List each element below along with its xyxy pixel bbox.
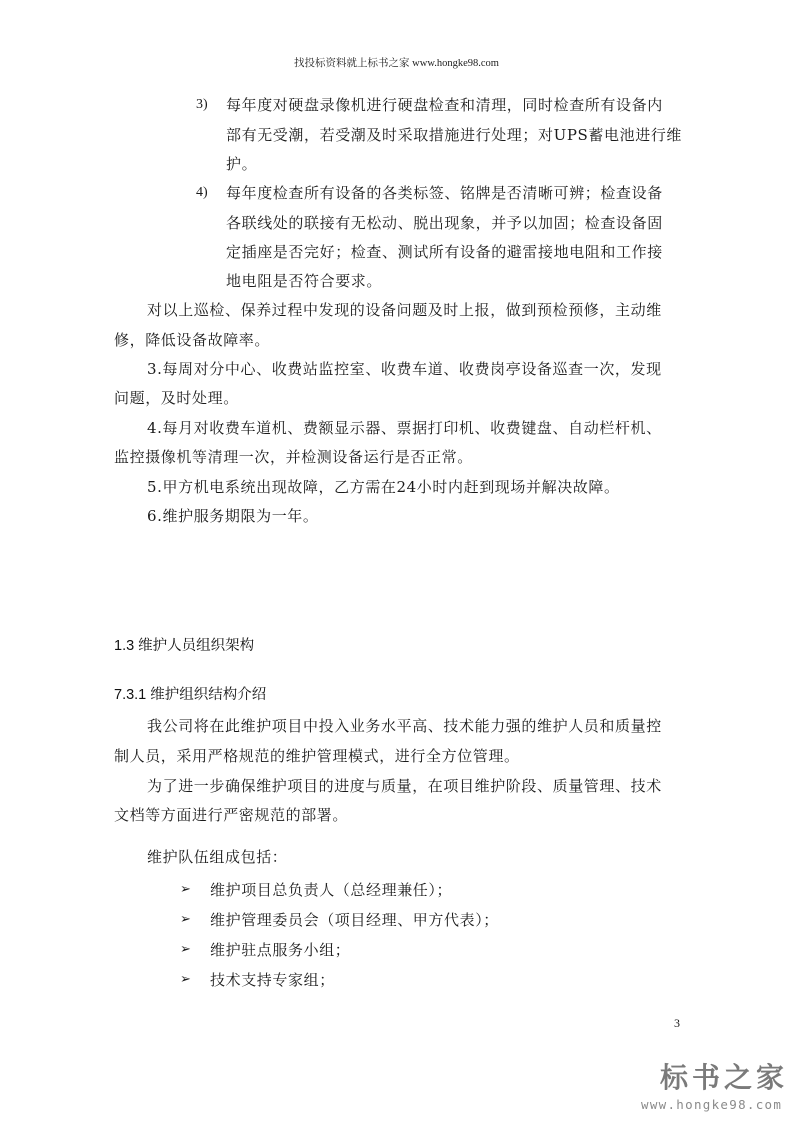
text-line: 维护队伍组成包括： [147,847,287,867]
text-line: 护。 [226,154,257,174]
watermark-url: www.hongke98.com [641,1098,782,1112]
section-heading: 1.3 维护人员组织架构 [114,636,254,656]
text-line: 3.每周对分中心、收费站监控室、收费车道、收费岗亭设备巡查一次，发现 [147,359,662,379]
text-line: 修，降低设备故障率。 [114,330,270,350]
bullet-text: 维护驻点服务小组； [210,940,350,960]
arrow-bullet-icon: ➢ [180,940,191,960]
bullet-text: 维护项目总负责人（总经理兼任）； [210,880,452,900]
list-number: 4) [196,183,208,203]
text-line: 对以上巡检、保养过程中发现的设备问题及时上报，做到预检预修，主动维 [147,300,662,320]
text-line: 5.甲方机电系统出现故障，乙方需在24小时内赶到现场并解决故障。 [147,477,620,497]
text-line: 部有无受潮，若受潮及时采取措施进行处理；对UPS蓄电池进行维 [226,125,682,145]
arrow-bullet-icon: ➢ [180,880,191,900]
text-line: 制人员，采用严格规范的维护管理模式，进行全方位管理。 [114,746,520,766]
subsection-heading: 7.3.1 维护组织结构介绍 [114,685,266,705]
text-line: 每年度检查所有设备的各类标签、铭牌是否清晰可辨；检查设备 [226,183,663,203]
text-line: 我公司将在此维护项目中投入业务水平高、技术能力强的维护人员和质量控 [147,716,662,736]
watermark-title: 标书之家 [660,1062,788,1094]
list-number: 3) [196,95,208,115]
text-line: 问题，及时处理。 [114,388,239,408]
text-line: 6.维护服务期限为一年。 [147,506,319,526]
page-header: 找投标资料就上标书之家 www.hongke98.com [0,55,793,70]
page-number: 3 [674,1016,680,1031]
text-line: 定插座是否完好；检查、测试所有设备的避雷接地电阻和工作接 [226,242,663,262]
bullet-text: 技术支持专家组； [210,970,335,990]
text-line: 各联线处的联接有无松动、脱出现象，并予以加固；检查设备固 [226,213,663,233]
arrow-bullet-icon: ➢ [180,970,191,990]
bullet-text: 维护管理委员会（项目经理、甲方代表）； [210,910,499,930]
text-line: 每年度对硬盘录像机进行硬盘检查和清理，同时检查所有设备内 [226,95,663,115]
text-line: 为了进一步确保维护项目的进度与质量，在项目维护阶段、质量管理、技术 [147,776,662,796]
text-line: 4.每月对收费车道机、费额显示器、票据打印机、收费键盘、自动栏杆机、 [147,418,662,438]
text-line: 文档等方面进行严密规范的部署。 [114,805,348,825]
arrow-bullet-icon: ➢ [180,910,191,930]
text-line: 监控摄像机等清理一次，并检测设备运行是否正常。 [114,447,473,467]
text-line: 地电阻是否符合要求。 [226,271,382,291]
